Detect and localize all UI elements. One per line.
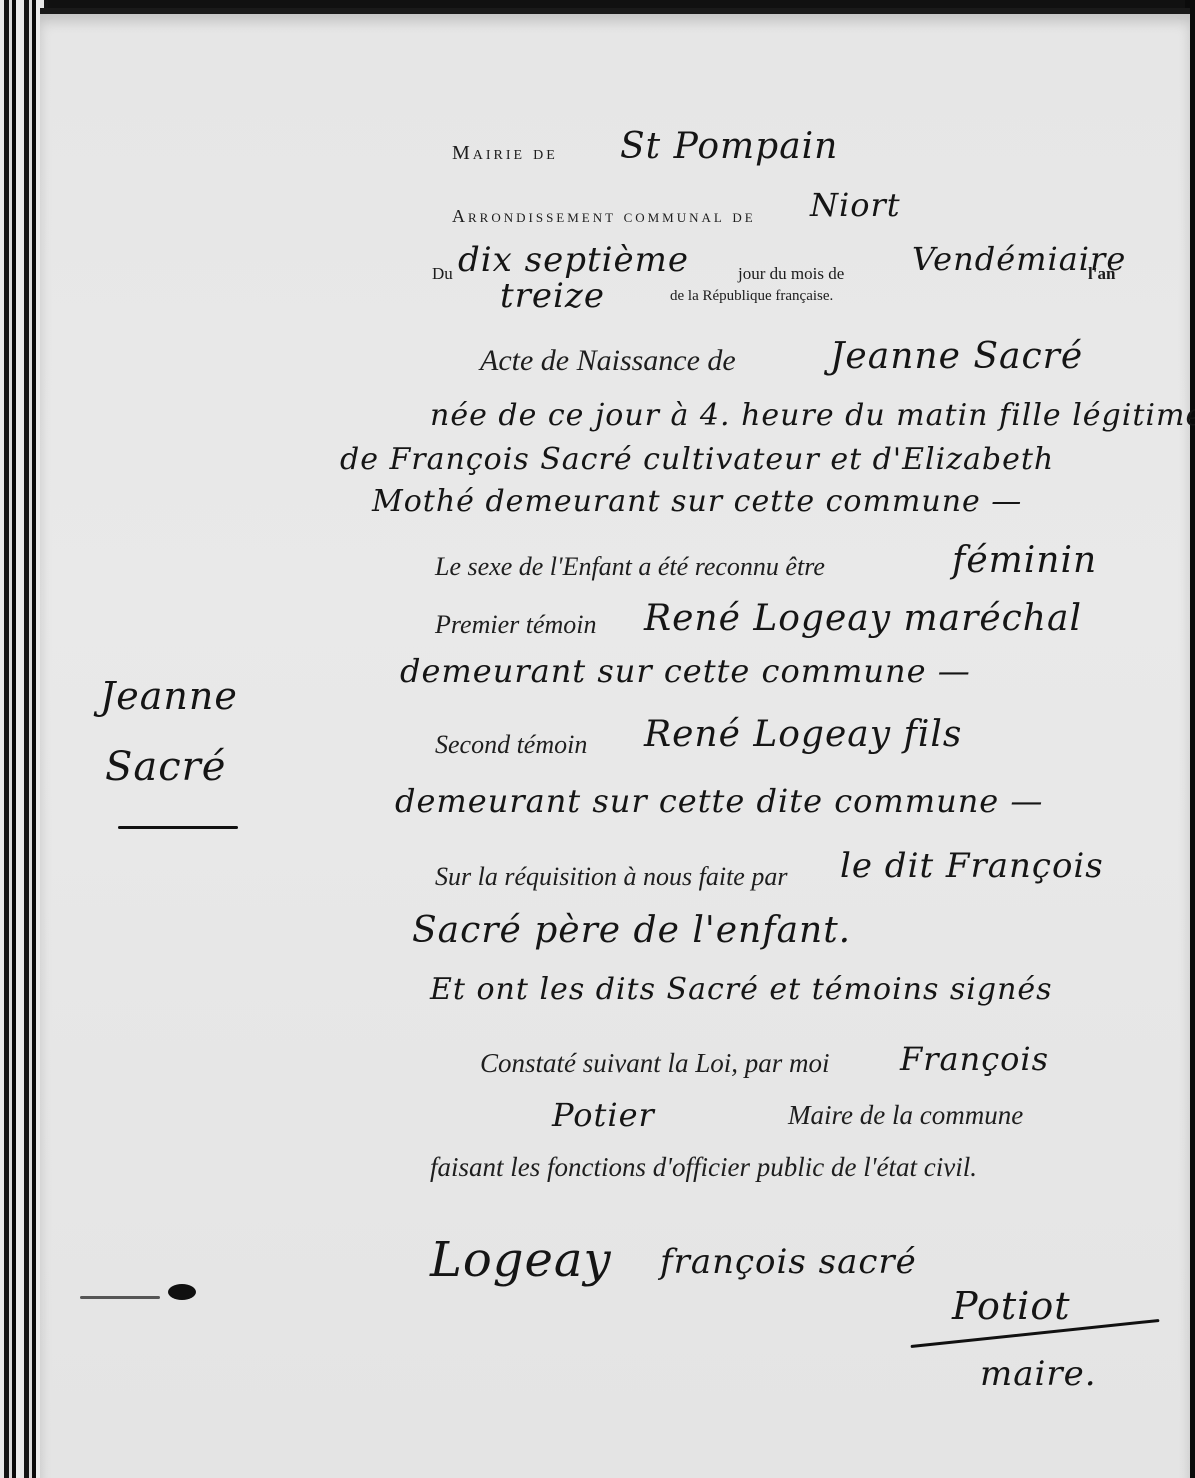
signature-title-maire: maire. [980,1354,1097,1394]
premier-temoin-value: René Logeay maréchal [644,598,1082,639]
day-value: dix septième [458,240,689,280]
body-line-2: de François Sacré cultivateur et d'Eliza… [340,442,1054,477]
maire-name: Potier [552,1096,655,1134]
second-temoin-label: Second témoin [435,730,587,760]
arrondissement-value: Niort [810,186,901,224]
acte-label: Acte de Naissance de [480,344,736,378]
signature-logeay: Logeay [430,1232,612,1288]
day-label: jour du mois de [738,264,844,284]
body-line-3: Mothé demeurant sur cette commune — [372,484,1022,519]
margin-first-name: Jeanne [100,674,238,718]
republic-label: de la République française. [670,288,833,305]
ink-blot [168,1284,196,1300]
second-temoin-value: René Logeay fils [644,714,962,755]
arrondissement-label: Arrondissement communal de [452,206,756,227]
signature-francois-sacre: françois sacré [660,1242,917,1282]
document-sheet: Mairie de St Pompain Arrondissement comm… [40,8,1190,1478]
year-label: l'an [1088,264,1115,284]
mairie-label: Mairie de [452,142,558,165]
premier-temoin-label: Premier témoin [435,610,597,640]
date-prefix: Du [432,264,453,284]
requisition-line-2: Sacré père de l'enfant. [412,910,851,951]
et-ont-line: Et ont les dits Sacré et témoins signés [430,972,1053,1007]
maire-line-label: Maire de la commune [788,1100,1023,1131]
sexe-value: féminin [952,540,1097,581]
scanned-register-page: Mairie de St Pompain Arrondissement comm… [0,0,1195,1478]
requisition-label: Sur la réquisition à nous faite par [435,862,787,892]
fonctions-line: faisant les fonctions d'officier public … [430,1152,977,1183]
margin-underline [118,826,238,829]
acte-name: Jeanne Sacré [830,336,1083,377]
constate-label: Constaté suivant la Loi, par moi [480,1048,830,1079]
constate-value: François [900,1040,1049,1078]
ink-mark [80,1296,160,1299]
second-temoin-residence: demeurant sur cette dite commune — [395,782,1043,820]
year-value: treize [500,276,605,316]
sexe-label: Le sexe de l'Enfant a été reconnu être [435,552,825,582]
margin-last-name: Sacré [105,744,226,790]
premier-temoin-residence: demeurant sur cette commune — [400,652,971,690]
signature-potiot: Potiot [952,1284,1070,1328]
body-line-1: née de ce jour à 4. heure du matin fille… [430,398,1195,433]
requisition-value: le dit François [840,846,1104,886]
mairie-value: St Pompain [620,126,838,167]
